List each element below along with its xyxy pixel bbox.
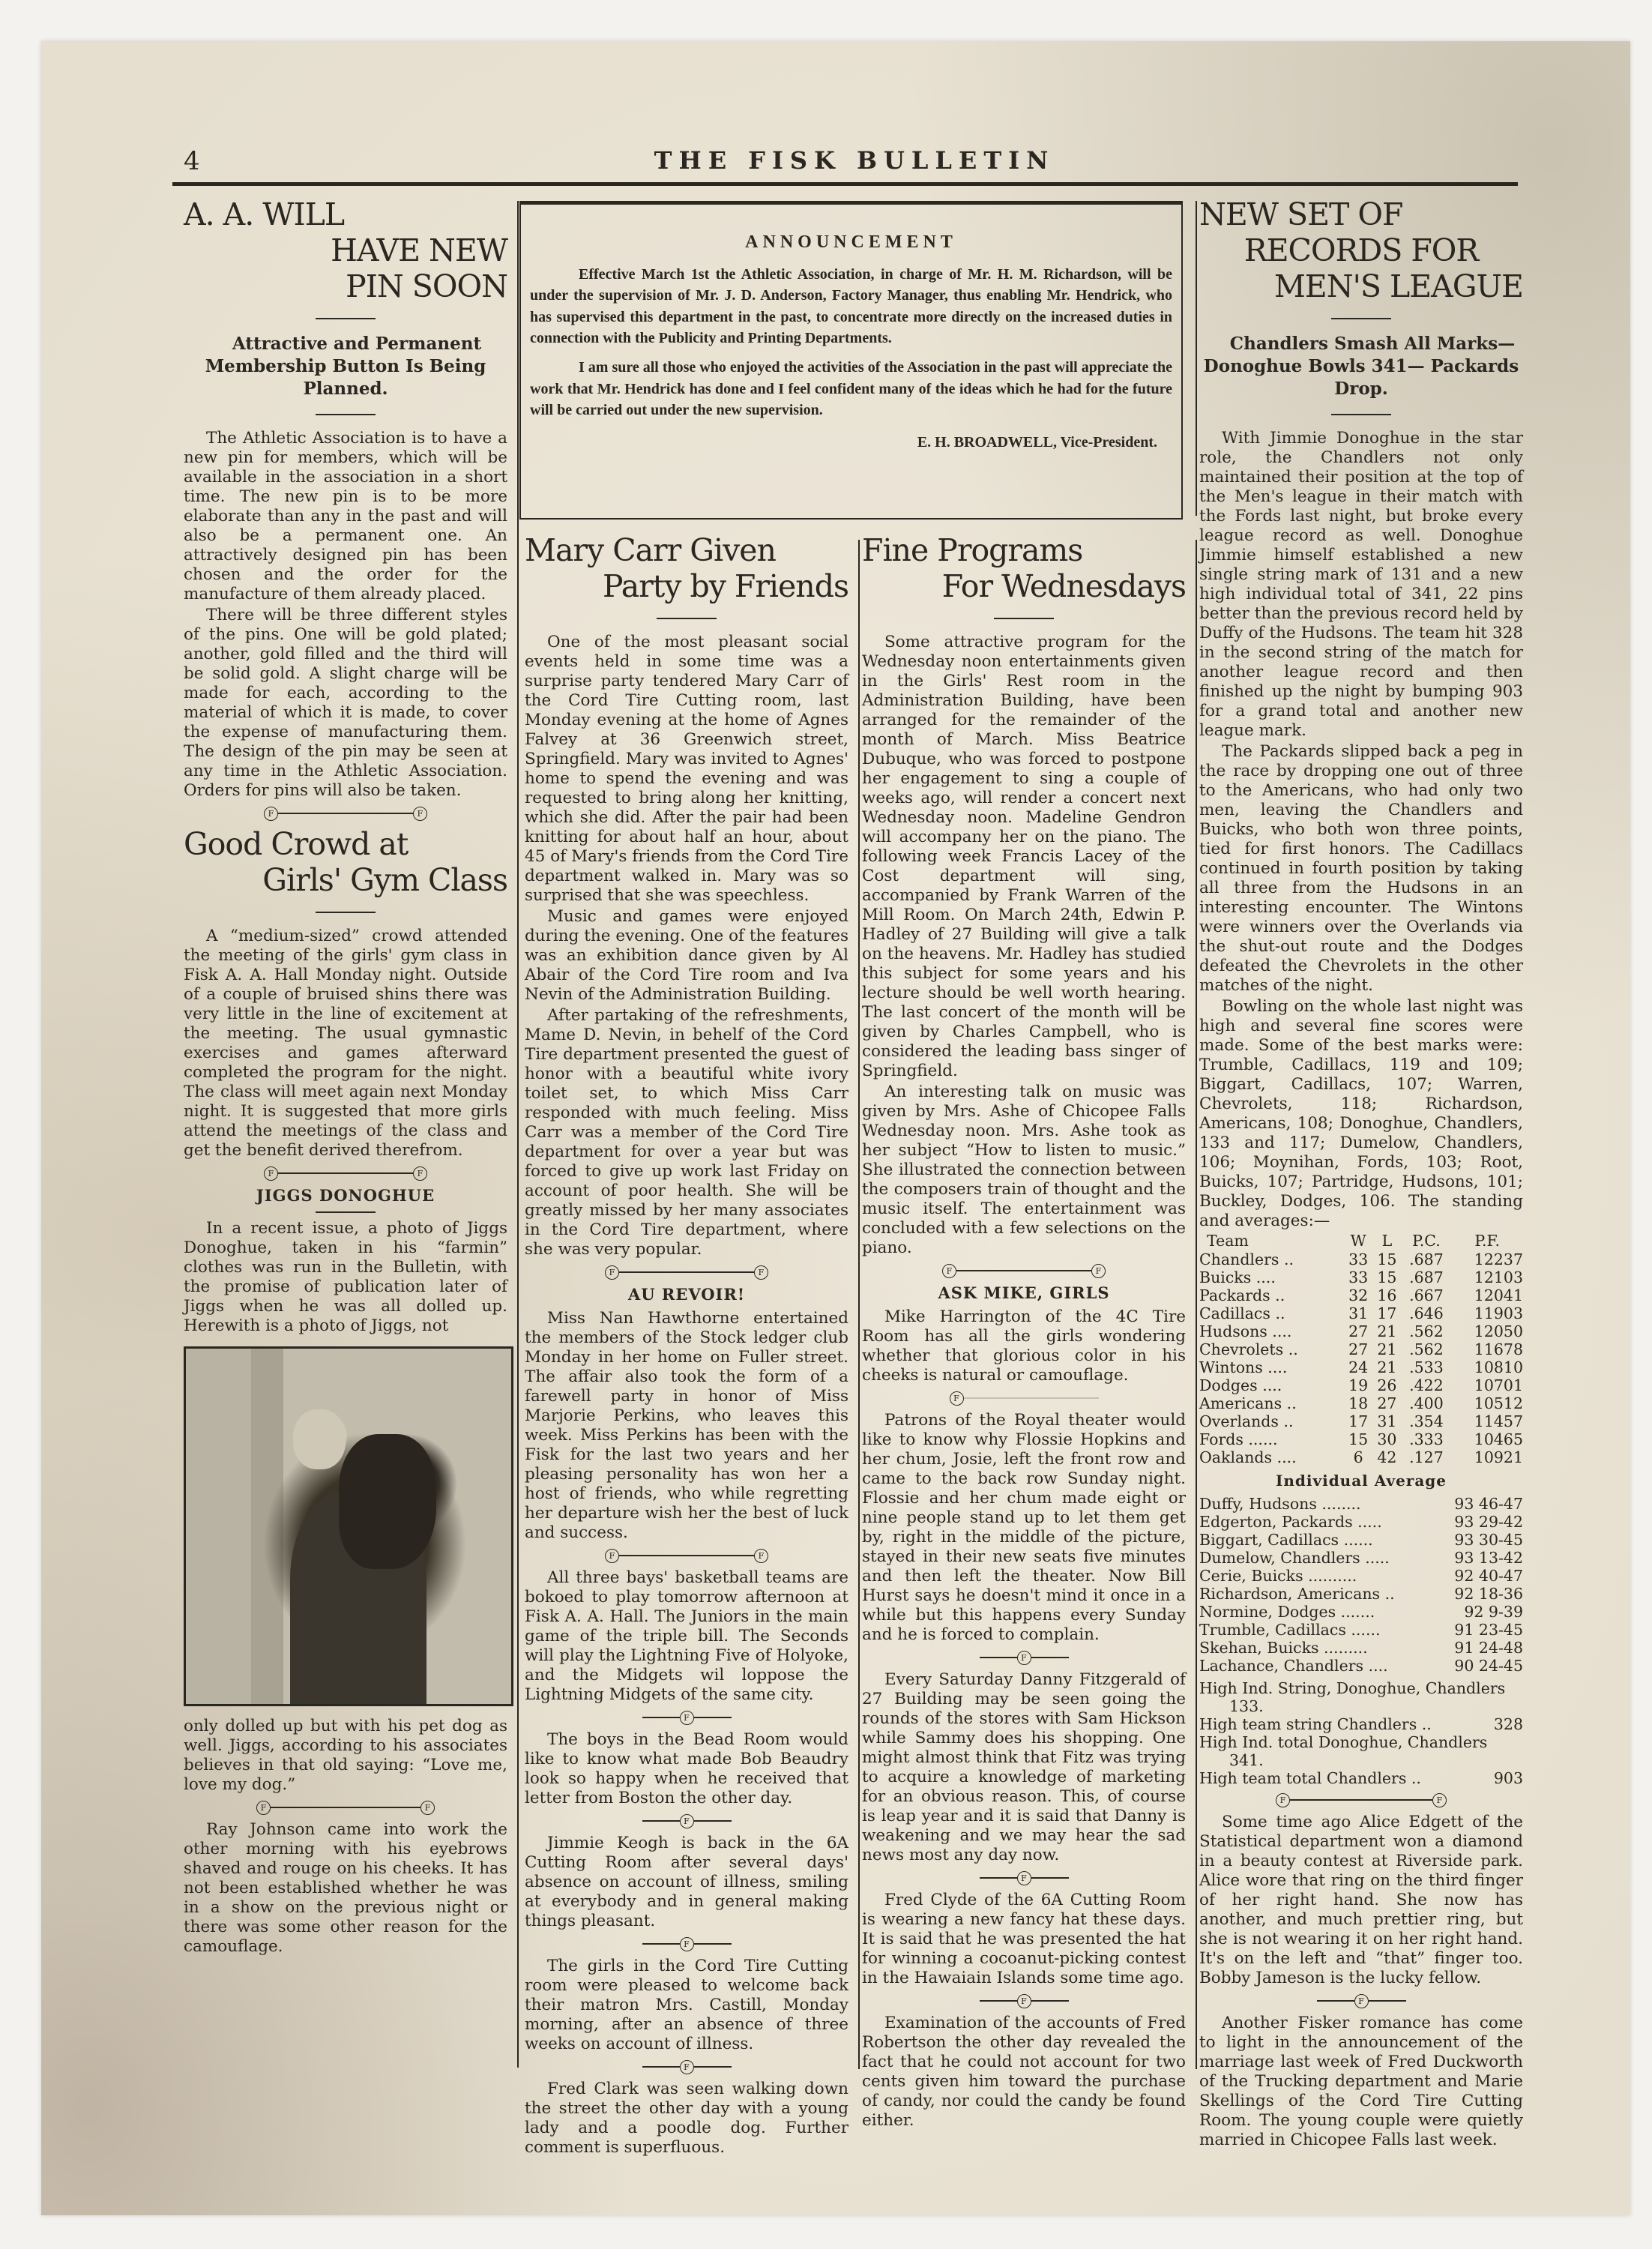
column-4: NEW SET OF RECORDS FOR MEN'S LEAGUE Chan… [1199,196,1523,2150]
f-separator: F [525,1709,848,1726]
standings-header: TeamWLP.C.P.F. [1199,1231,1523,1250]
headline-mary-carr: Mary Carr Given Party by Friends [525,532,848,604]
article-basketball: All three bays' basketball teams are bok… [525,1568,848,1705]
table-row: Fords ......1530.33310465 [1199,1430,1523,1448]
fisk-f-icon: F [1017,1651,1031,1665]
fisk-f-icon: F [754,1549,768,1563]
rule [316,318,376,319]
list-item: Normine, Dodges .......92 9-39 [1199,1603,1523,1621]
record-item: High Ind. total Donoghue, Chandlers 341. [1199,1733,1523,1769]
record-item: High team string Chandlers ..328 [1199,1715,1523,1733]
table-row: Cadillacs ..3117.64611903 [1199,1304,1523,1322]
fisk-f-icon: F [1354,1994,1369,2008]
article-royal-theater: Patrons of the Royal theater would like … [862,1411,1186,1645]
article-ray-johnson: Ray Johnson came into work the other mor… [184,1820,507,1957]
standings-column-header: Team [1199,1231,1344,1250]
table-row: Overlands ..1731.35411457 [1199,1412,1523,1430]
table-row: Dodges ....1926.42210701 [1199,1376,1523,1394]
f-separator: F [525,2059,848,2075]
standings-column-header: L [1372,1231,1401,1250]
column-divider [1196,540,1197,2069]
fisk-f-icon: F [256,1801,271,1815]
table-row: Americans ..1827.40010512 [1199,1394,1523,1412]
record-item: High Ind. String, Donoghue, Chandlers 13… [1199,1679,1523,1715]
column-divider [1196,201,1197,516]
column-2: Mary Carr Given Party by Friends One of … [525,532,848,2158]
column-divider [517,201,519,2068]
standings-column-header: P.F. [1451,1231,1523,1250]
standings-column-header: W [1344,1231,1372,1250]
table-row: Hudsons ....2721.56212050 [1199,1322,1523,1340]
jiggs-photo [184,1346,513,1706]
rule [316,414,376,415]
fisk-f-icon: F [1017,1871,1031,1885]
f-separator: FF [184,1799,507,1816]
headline-au-revoir: AU REVOIR! [525,1285,848,1304]
list-item: Skehan, Buicks .........91 24-48 [1199,1639,1523,1657]
rule [1331,318,1391,319]
f-separator: FF [862,1262,1186,1279]
f-separator: F [525,1936,848,1952]
masthead: 4 THE FISK BULLETIN [184,146,1525,180]
article-duckworth: Another Fisker romance has come to light… [1199,2014,1523,2150]
fisk-f-icon: F [942,1264,956,1278]
article-bead-room: The boys in the Bead Room would like to … [525,1730,848,1808]
headline-jiggs: JIGGS DONOGHUE [184,1186,507,1205]
table-row: Chandlers ..3315.68712237 [1199,1250,1523,1268]
article-fred-clyde: Fred Clyde of the 6A Cutting Room is wea… [862,1891,1186,1988]
article-danny: Every Saturday Danny Fitzgerald of 27 Bu… [862,1670,1186,1865]
fisk-f-icon: F [1017,1994,1031,2008]
f-separator: FF [525,1547,848,1564]
fisk-f-icon: F [264,1166,278,1181]
list-item: Biggart, Cadillacs ......93 30-45 [1199,1531,1523,1549]
f-separator: F [862,1870,1186,1886]
standings-column-header: P.C. [1402,1231,1452,1250]
column-3: Fine Programs For Wednesdays Some attrac… [862,532,1186,2131]
article-fred-robertson: Examination of the accounts of Fred Robe… [862,2014,1186,2131]
fisk-f-icon: F [950,1391,964,1406]
f-separator: FF [184,805,507,822]
announcement-title: ANNOUNCEMENT [530,232,1172,253]
article-jimmie-keogh: Jimmie Keogh is back in the 6A Cutting R… [525,1834,848,1931]
f-separator: FF [525,1264,848,1280]
headline-ask-mike: ASK MIKE, GIRLS [862,1283,1186,1303]
article-mary-carr-body: One of the most pleasant social events h… [525,633,848,1259]
rule [316,912,376,913]
f-separator: FF [1199,1792,1523,1808]
f-separator: F [862,1993,1186,2009]
fisk-f-icon: F [680,2060,694,2074]
article-fred-clark: Fred Clark was seen walking down the str… [525,2080,848,2158]
article-alice-edgett: Some time ago Alice Edgett of the Statis… [1199,1813,1523,1988]
rule [316,1211,376,1213]
fisk-f-icon: F [1276,1793,1290,1807]
record-item: High team total Chandlers ..903 [1199,1769,1523,1787]
individual-average-title: Individual Average [1199,1471,1523,1490]
fisk-f-icon: F [680,1814,694,1828]
individual-average-list: Duffy, Hudsons ........93 46-47Edgerton,… [1199,1495,1523,1675]
newspaper-title: THE FISK BULLETIN [184,146,1525,175]
list-item: Richardson, Americans ..92 18-36 [1199,1585,1523,1603]
fisk-f-icon: F [680,1711,694,1725]
list-item: Trumble, Cadillacs ......91 23-45 [1199,1621,1523,1639]
headline-gym-class: Good Crowd at Girls' Gym Class [184,826,507,898]
fisk-f-icon: F [605,1265,619,1280]
article-aa-pin-body: The Athletic Association is to have a ne… [184,429,507,801]
fisk-f-icon: F [1091,1264,1106,1278]
table-row: Buicks ....3315.68712103 [1199,1268,1523,1286]
list-item: Dumelow, Chandlers .....93 13-42 [1199,1549,1523,1567]
f-separator: F [862,1390,1186,1406]
headline-mens-league: NEW SET OF RECORDS FOR MEN'S LEAGUE [1199,196,1523,304]
standings-table: TeamWLP.C.P.F. Chandlers ..3315.68712237… [1199,1231,1523,1466]
announcement-signature: E. H. BROADWELL, Vice-President. [530,432,1172,454]
masthead-rule [172,182,1518,186]
fisk-f-icon: F [605,1549,619,1563]
records-list: High Ind. String, Donoghue, Chandlers 13… [1199,1679,1523,1787]
announcement-box: ANNOUNCEMENT Effective March 1st the Ath… [519,201,1183,520]
deck-aa-pin: Attractive and Permanent Membership Butt… [184,333,507,400]
article-mens-league-body: With Jimmie Donoghue in the star role, t… [1199,429,1523,1231]
fisk-f-icon: F [680,1937,694,1951]
rule [994,618,1054,619]
f-separator: F [1199,1993,1523,2009]
list-item: Cerie, Buicks ..........92 40-47 [1199,1567,1523,1585]
f-separator: FF [184,1165,507,1181]
f-separator: F [525,1813,848,1829]
list-item: Duffy, Hudsons ........93 46-47 [1199,1495,1523,1513]
headline-programs: Fine Programs For Wednesdays [862,532,1186,604]
fisk-f-icon: F [413,1166,427,1181]
fisk-f-icon: F [754,1265,768,1280]
table-row: Packards ..3216.66712041 [1199,1286,1523,1304]
column-divider [858,540,860,2069]
fisk-f-icon: F [1432,1793,1447,1807]
fisk-f-icon: F [413,807,427,821]
article-gym-class-body: A “medium-sized” crowd attended the meet… [184,927,507,1160]
table-row: Wintons ....2421.53310810 [1199,1358,1523,1376]
column-1: A. A. WILL HAVE NEW PIN SOON Attractive … [184,196,507,1957]
article-matron: The girls in the Cord Tire Cutting room … [525,1957,848,2054]
list-item: Lachance, Chandlers ....90 24-45 [1199,1657,1523,1675]
rule [657,618,717,619]
f-separator: F [862,1649,1186,1666]
headline-aa-pin: A. A. WILL HAVE NEW PIN SOON [184,196,507,304]
deck-mens-league: Chandlers Smash All Marks— Donoghue Bowl… [1199,333,1523,400]
fisk-f-icon: F [264,807,278,821]
rule [1331,414,1391,415]
article-programs-body: Some attractive program for the Wednesda… [862,633,1186,1258]
table-row: Oaklands ....642.12710921 [1199,1448,1523,1466]
list-item: Edgerton, Packards .....93 29-42 [1199,1513,1523,1531]
table-row: Chevrolets ..2721.56211678 [1199,1340,1523,1358]
fisk-f-icon: F [420,1801,435,1815]
